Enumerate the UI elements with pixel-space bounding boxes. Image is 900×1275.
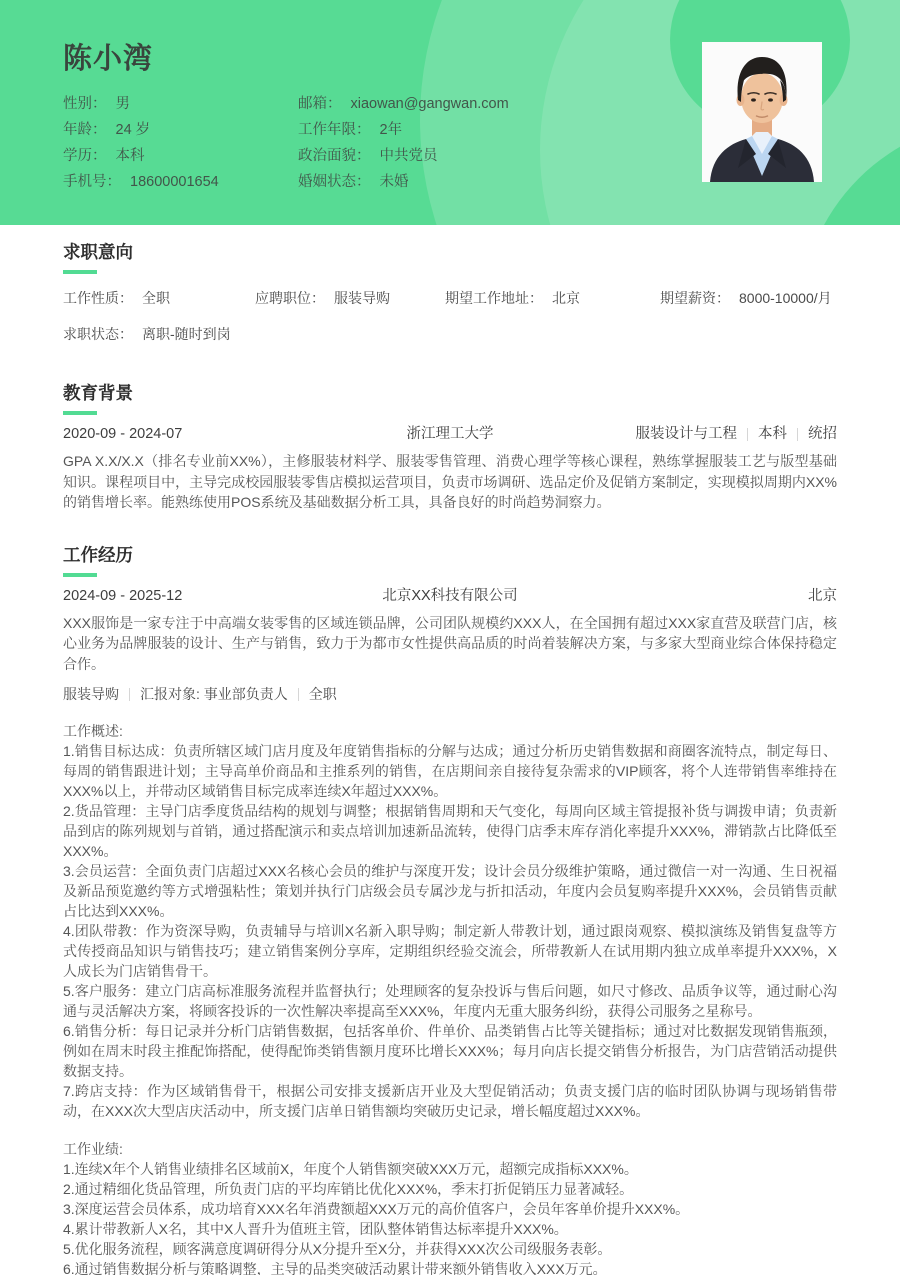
personal-info-left: 性别：男 年龄：24 岁 学历：本科 手机号：18600001654 [63, 97, 298, 190]
work-summary-label: 工作概述: [63, 721, 837, 741]
duty-item: 7.跨店支持：作为区域销售骨干，根据公司安排支援新店开业及大型促销活动；负责支援… [63, 1081, 837, 1121]
section-title-job-intention: 求职意向 [63, 243, 837, 261]
field-target-location: 期望工作地址：北京 [445, 291, 660, 306]
duty-item: 1.销售目标达成：负责所辖区域门店月度及年度销售指标的分解与达成；通过分析历史销… [63, 741, 837, 801]
section-work-experience: 工作经历 2024-09 - 2025-12 北京XX科技有限公司 北京 XXX… [63, 546, 837, 1275]
profile-photo [702, 42, 822, 182]
personal-info-right: 邮箱：xiaowan@gangwan.com 工作年限：2年 政治面貌：中共党员… [298, 97, 509, 190]
achievement-item: 4.累计带教新人X名，其中X人晋升为值班主管，团队整体销售达标率提升XXX%。 [63, 1219, 837, 1239]
job-intention-row: 工作性质：全职 应聘职位：服装导购 期望工作地址：北京 期望薪资：8000-10… [63, 291, 837, 306]
education-school: 浙江理工大学 [321, 427, 579, 442]
employment-type: 全职 [309, 687, 337, 702]
divider [747, 428, 748, 441]
achievement-item: 1.连续X年个人销售业绩排名区域前X，年度个人销售额突破XXX万元，超额完成指标… [63, 1159, 837, 1179]
education-type: 统招 [808, 427, 837, 442]
field-job-status: 求职状态：离职-随时到岗 [63, 327, 837, 342]
education-major: 服装设计与工程 [636, 427, 738, 442]
resume-body: 求职意向 工作性质：全职 应聘职位：服装导购 期望工作地址：北京 期望薪资：80… [0, 225, 900, 1275]
education-degree-info: 服装设计与工程 本科 统招 [579, 427, 837, 442]
work-company: 北京XX科技有限公司 [321, 589, 579, 604]
info-phone: 手机号：18600001654 [63, 175, 298, 190]
company-intro: XXX服饰是一家专注于中高端女装零售的区域连锁品牌，公司团队规模约XXX人，在全… [63, 613, 837, 675]
achievement-item: 2.通过精细化货品管理，所负责门店的平均库销比优化XXX%，季末打折促销压力显著… [63, 1179, 837, 1199]
info-gender: 性别：男 [63, 97, 298, 112]
info-age: 年龄：24 岁 [63, 123, 298, 138]
info-email: 邮箱：xiaowan@gangwan.com [298, 97, 509, 112]
achievement-list: 1.连续X年个人销售业绩排名区域前X，年度个人销售额突破XXX万元，超额完成指标… [63, 1159, 837, 1275]
duty-item: 5.客户服务：建立门店高标准服务流程并监督执行；处理顾客的复杂投诉与售后问题，如… [63, 981, 837, 1021]
resume-page: 陈小湾 性别：男 年龄：24 岁 学历：本科 手机号：18600001654 [0, 0, 900, 1275]
field-job-nature: 工作性质：全职 [63, 291, 255, 306]
duty-item: 6.销售分析：每日记录并分析门店销售数据，包括客单价、件单价、品类销售占比等关键… [63, 1021, 837, 1081]
divider [129, 688, 130, 701]
education-description: GPA X.X/X.X（排名专业前XX%），主修服装材料学、服装零售管理、消费心… [63, 451, 837, 513]
info-degree: 学历：本科 [63, 149, 298, 164]
report-to: 汇报对象: 事业部负责人 [140, 687, 288, 702]
position-row: 服装导购 汇报对象: 事业部负责人 全职 [63, 687, 837, 702]
section-underline [63, 573, 97, 577]
work-period: 2024-09 - 2025-12 [63, 589, 321, 604]
duty-list: 1.销售目标达成：负责所辖区域门店月度及年度销售指标的分解与达成；通过分析历史销… [63, 741, 837, 1121]
info-experience-years: 工作年限：2年 [298, 123, 509, 138]
divider [298, 688, 299, 701]
education-degree: 本科 [758, 427, 787, 442]
divider [797, 428, 798, 441]
work-meta-row: 2024-09 - 2025-12 北京XX科技有限公司 北京 [63, 589, 837, 604]
achievement-item: 3.深度运营会员体系，成功培育XXX名年消费额超XXX万元的高价值客户，会员年客… [63, 1199, 837, 1219]
resume-header: 陈小湾 性别：男 年龄：24 岁 学历：本科 手机号：18600001654 [0, 0, 900, 225]
section-underline [63, 270, 97, 274]
section-title-work: 工作经历 [63, 546, 837, 564]
work-achievements-label: 工作业绩: [63, 1139, 837, 1159]
section-title-education: 教育背景 [63, 384, 837, 402]
achievement-item: 6.通过销售数据分析与策略调整，主导的品类突破活动累计带来额外销售收入XXX万元… [63, 1259, 837, 1275]
duty-item: 4.团队带教：作为资深导购，负责辅导与培训X名新入职导购；制定新人带教计划，通过… [63, 921, 837, 981]
education-period: 2020-09 - 2024-07 [63, 427, 321, 442]
info-political-status: 政治面貌：中共党员 [298, 149, 509, 164]
duty-item: 3.会员运营：全面负责门店超过XXX名核心会员的维护与深度开发；设计会员分级维护… [63, 861, 837, 921]
section-underline [63, 411, 97, 415]
position-title: 服装导购 [63, 687, 119, 702]
achievement-item: 5.优化服务流程，顾客满意度调研得分从X分提升至X分，并获得XXX次公司级服务表… [63, 1239, 837, 1259]
duty-item: 2.货品管理：主导门店季度货品结构的规划与调整；根据销售周期和天气变化，每周向区… [63, 801, 837, 861]
field-target-position: 应聘职位：服装导购 [255, 291, 445, 306]
section-job-intention: 求职意向 工作性质：全职 应聘职位：服装导购 期望工作地址：北京 期望薪资：80… [63, 225, 837, 342]
work-location: 北京 [579, 589, 837, 604]
field-expected-salary: 期望薪资：8000-10000/月 [660, 291, 837, 306]
section-education: 教育背景 2020-09 - 2024-07 浙江理工大学 服装设计与工程 本科… [63, 384, 837, 513]
education-meta-row: 2020-09 - 2024-07 浙江理工大学 服装设计与工程 本科 统招 [63, 427, 837, 442]
info-marital-status: 婚姻状态：未婚 [298, 175, 509, 190]
